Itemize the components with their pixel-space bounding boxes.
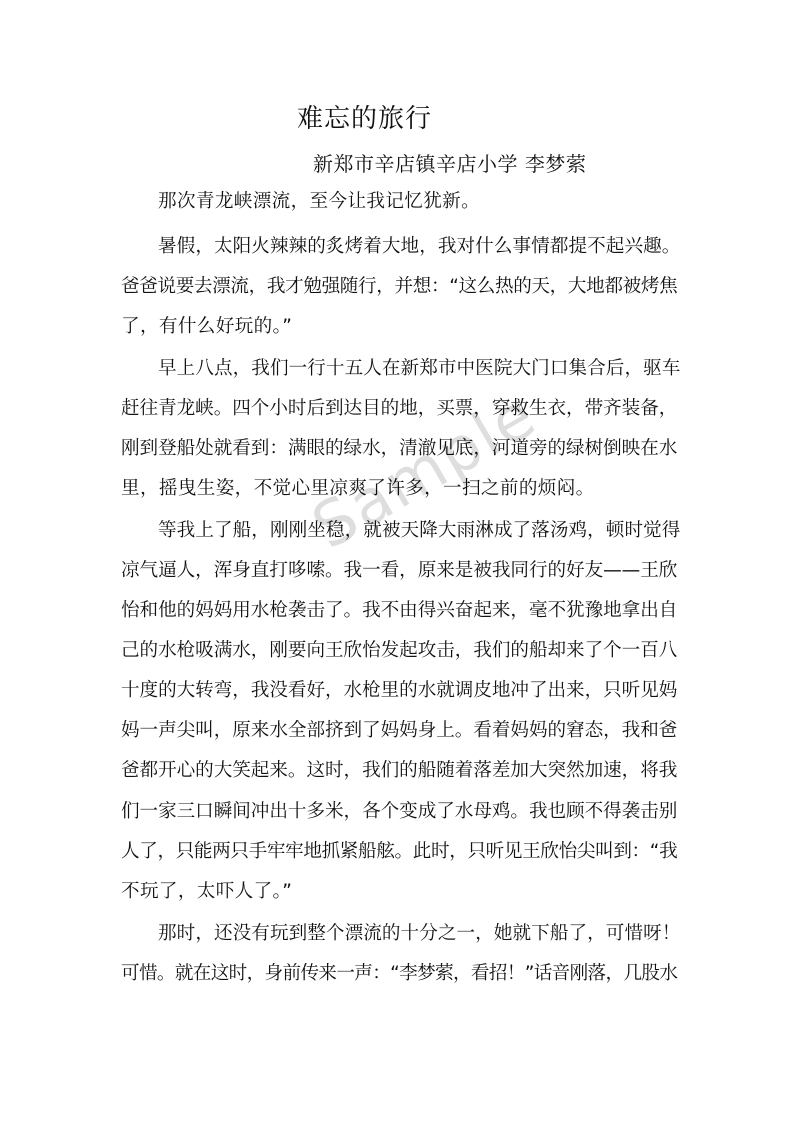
text-line: 爸都开心的大笑起来。这时，我们的船随着落差加大突然加速，将我	[121, 759, 681, 783]
text-line: 了，有什么好玩的。”	[121, 315, 681, 339]
text-line: 可惜。就在这时，身前传来一声：“李梦萦，看招！”话音刚落，几股水	[121, 962, 681, 986]
text-line: 刚到登船处就看到：满眼的绿水，清澈见底，河道旁的绿树倒映在水	[121, 437, 681, 461]
text-line: 不玩了，太吓人了。”	[121, 880, 681, 904]
text-line: 人了，只能两只手牢牢地抓紧船舷。此时，只听见王欣怡尖叫到：“我	[121, 840, 681, 864]
text-line: 妈一声尖叫，原来水全部挤到了妈妈身上。看着妈妈的窘态，我和爸	[121, 719, 681, 743]
text-line: 早上八点，我们一行十五人在新郑市中医院大门口集合后，驱车	[158, 357, 680, 381]
title-text: 难忘的旅行	[297, 98, 432, 135]
text-line: 里，摇曳生姿，不觉心里凉爽了许多，一扫之前的烦闷。	[121, 477, 681, 501]
text-line: 那时，还没有玩到整个漂流的十分之一，她就下船了，可惜呀！	[158, 922, 680, 946]
text-line: 们一家三口瞬间冲出十多米，各个变成了水母鸡。我也顾不得袭击别	[121, 800, 681, 824]
text-line: 十度的大转弯，我没看好，水枪里的水就调皮地冲了出来，只听见妈	[121, 679, 681, 703]
text-line: 赶往青龙峡。四个小时后到达目的地，买票，穿救生衣，带齐装备，	[121, 397, 681, 421]
text-line: 怡和他的妈妈用水枪袭击了。我不由得兴奋起来，毫不犹豫地拿出自	[121, 599, 681, 623]
text-line: 等我上了船，刚刚坐稳，就被天降大雨淋成了落汤鸡，顿时觉得	[158, 519, 680, 543]
text-line: 暑假，太阳火辣辣的炙烤着大地，我对什么事情都提不起兴趣。	[158, 235, 680, 259]
text-line: 爸爸说要去漂流，我才勉强随行，并想：“这么热的天，大地都被烤焦	[121, 275, 681, 299]
author-byline: 新郑市辛店镇辛店小学 李梦萦	[313, 148, 586, 177]
text-line: 那次青龙峡漂流，至今让我记忆犹新。	[158, 190, 680, 214]
text-line: 凉气逼人，浑身直打哆嗦。我一看，原来是被我同行的好友——王欣	[121, 559, 681, 583]
text-line: 己的水枪吸满水，刚要向王欣怡发起攻击，我们的船却来了个一百八	[121, 639, 681, 663]
